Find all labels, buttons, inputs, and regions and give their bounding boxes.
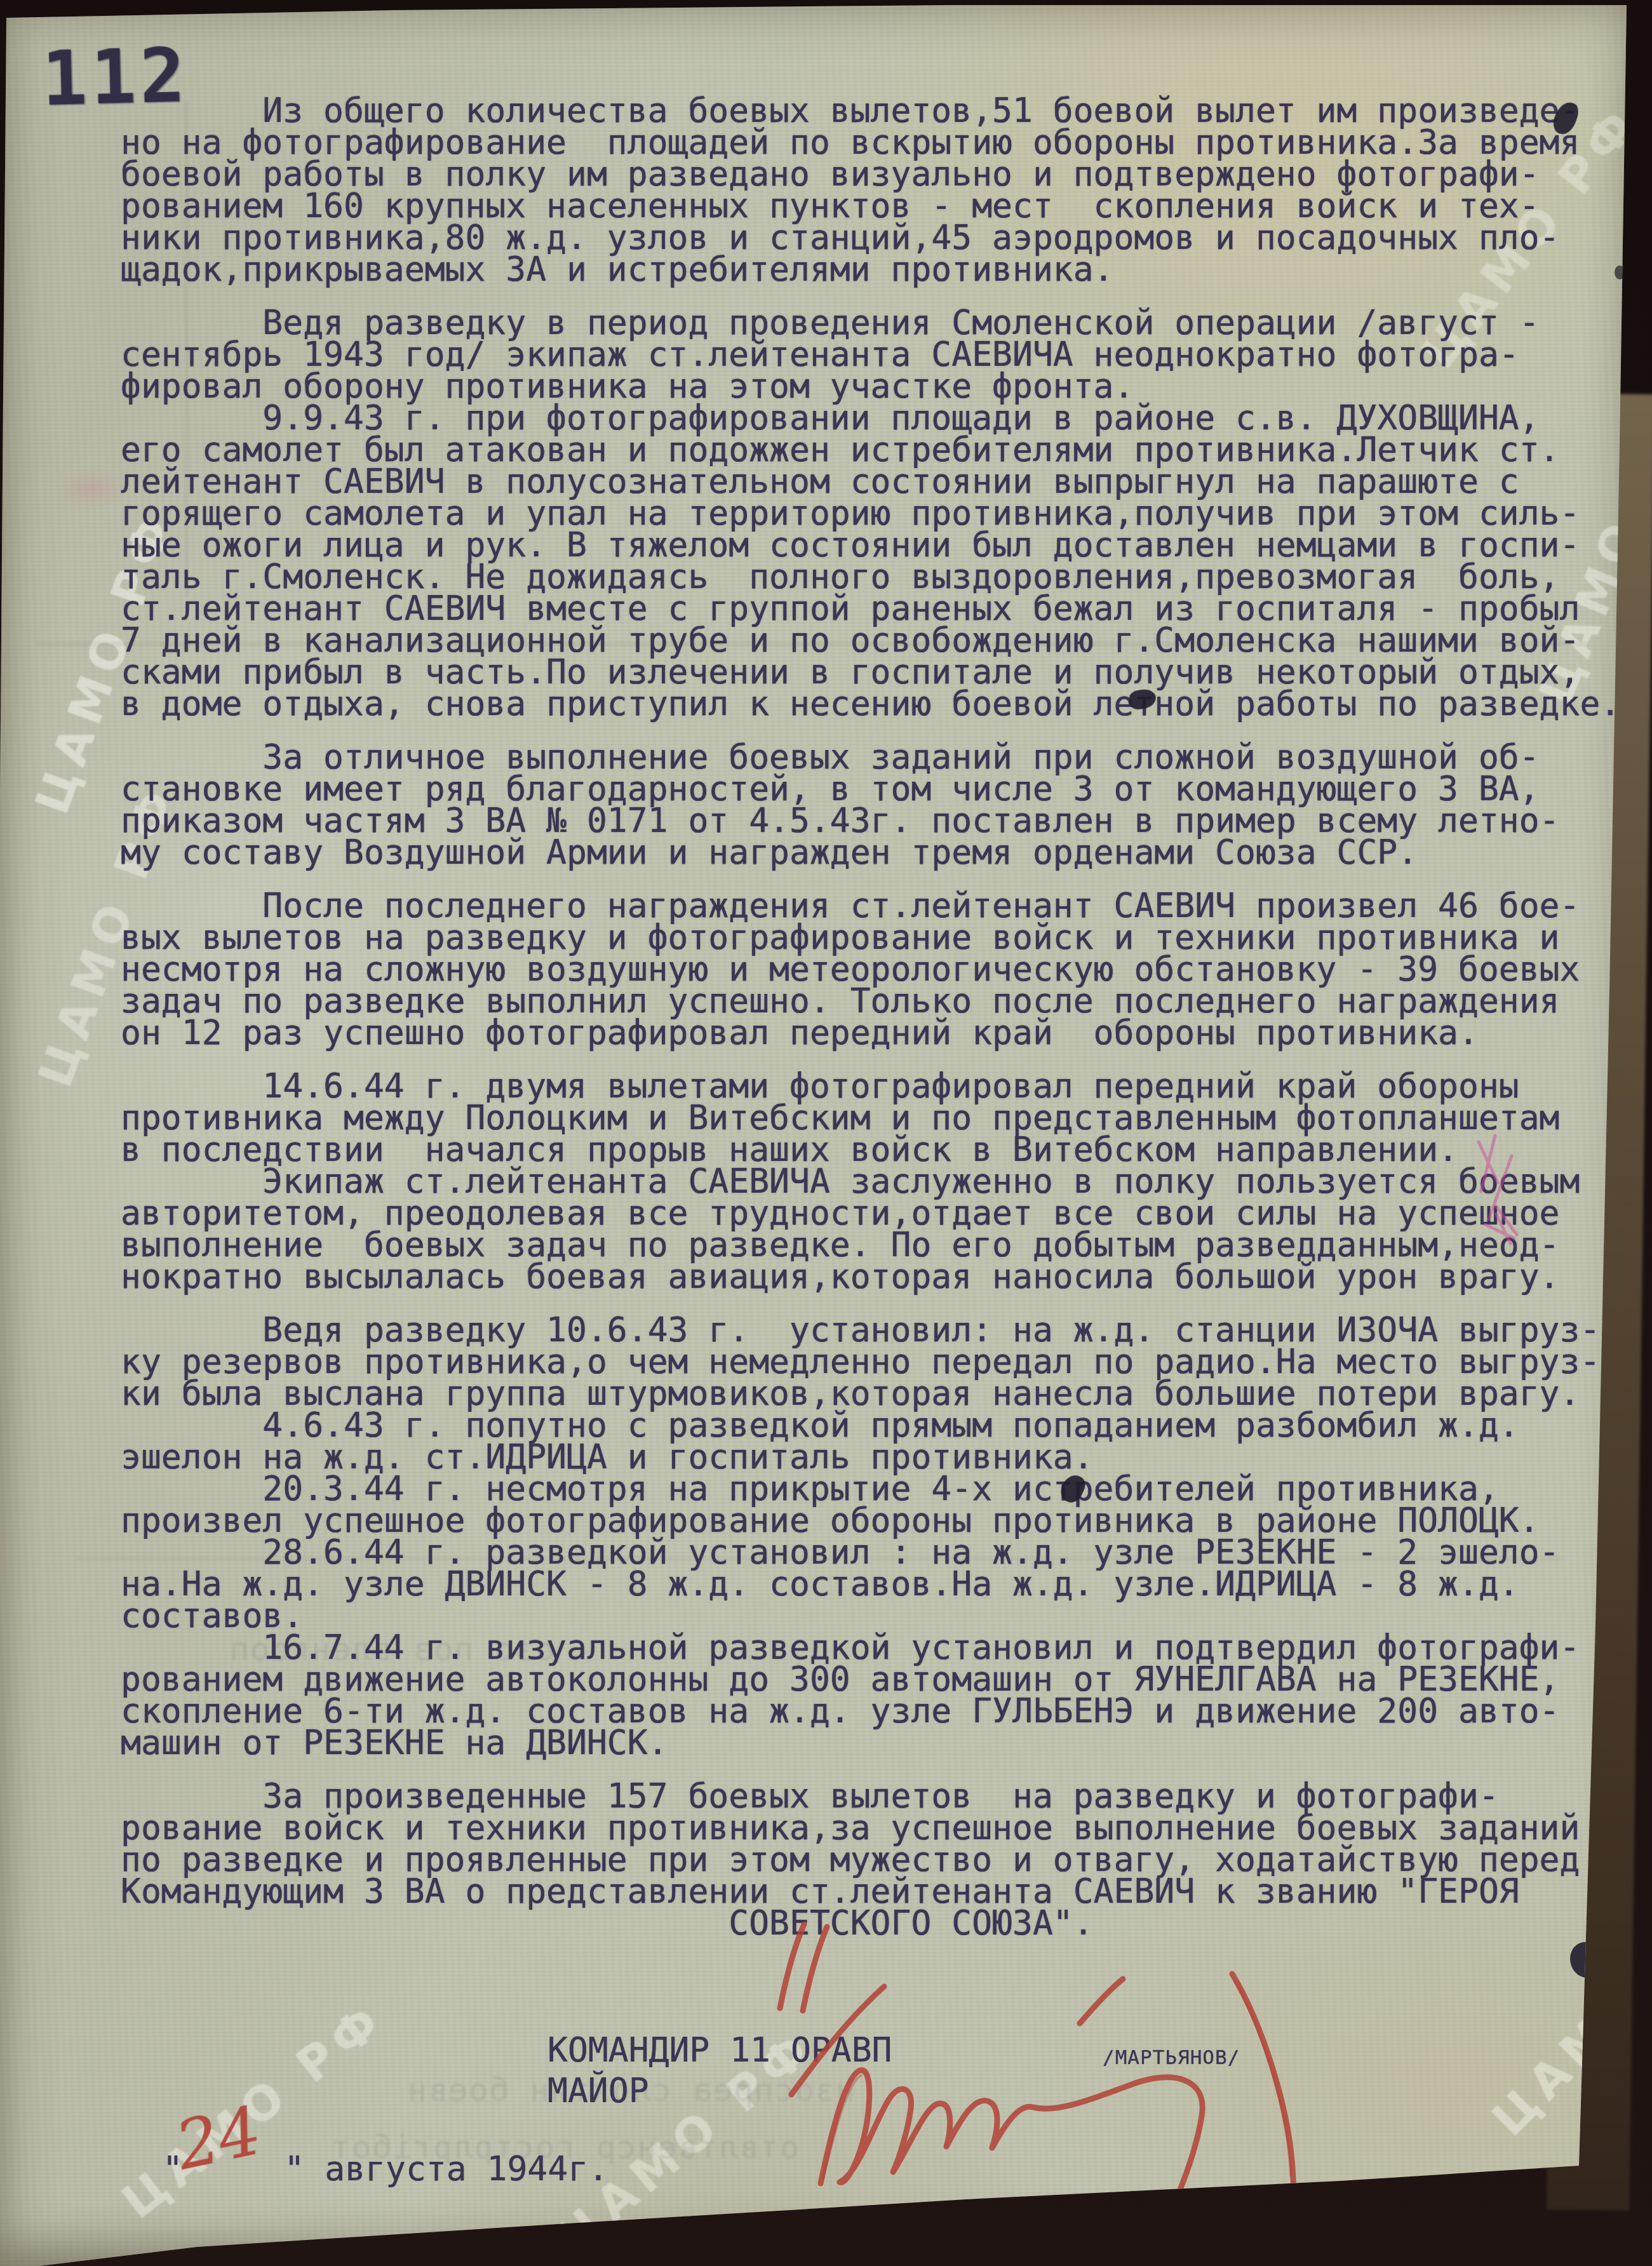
paragraph: Экипаж ст.лейтенанта САЕВИЧА заслуженно … (121, 1166, 1620, 1293)
document-text: Из общего количества боевых вылетов,51 б… (121, 95, 1620, 1940)
paragraph: За отличное выполнение боевых заданий пр… (121, 742, 1620, 869)
paragraph: 9.9.43 г. при фотографировании площади в… (121, 403, 1620, 720)
ink-blot (1615, 265, 1625, 279)
paragraph: 16.7.44 г. визуальной разведкой установи… (121, 1632, 1620, 1759)
paragraph: Ведя разведку в период проведения Смолен… (121, 307, 1620, 403)
paragraph: 14.6.44 г. двумя вылетами фотографировал… (121, 1071, 1620, 1166)
paragraph: За произведенные 157 боевых вылетов на р… (121, 1781, 1620, 1940)
commander-title-line: КОМАНДИР 11 ОРАВП (547, 2031, 892, 2070)
pink-stain (44, 464, 140, 514)
scan-canvas: ЦАМО РФ ЦАМО РФ ЦАМО РФ ЦАМО РФ ЦАМО РФ … (0, 0, 1652, 2266)
paragraph: 4.6.43 г. попутно с разведкой прямым поп… (121, 1410, 1620, 1473)
typed-surname: /МАРТЬЯНОВ/ (1103, 2046, 1240, 2069)
paragraph: После последнего награждения ст.лейтенан… (121, 890, 1620, 1049)
paragraph: Ведя разведку 10.6.43 г. установил: на ж… (121, 1315, 1620, 1410)
document-page: ЦАМО РФ ЦАМО РФ ЦАМО РФ ЦАМО РФ ЦАМО РФ … (0, 0, 1652, 2266)
paragraph: 20.3.44 г. несмотря на прикрытие 4-х ист… (121, 1473, 1620, 1537)
paragraph: Из общего количества боевых вылетов,51 б… (121, 95, 1620, 286)
rank-line: МАЙОР (547, 2072, 649, 2110)
paragraph: 28.6.44 г. разведкой установил : на ж.д.… (121, 1537, 1620, 1632)
